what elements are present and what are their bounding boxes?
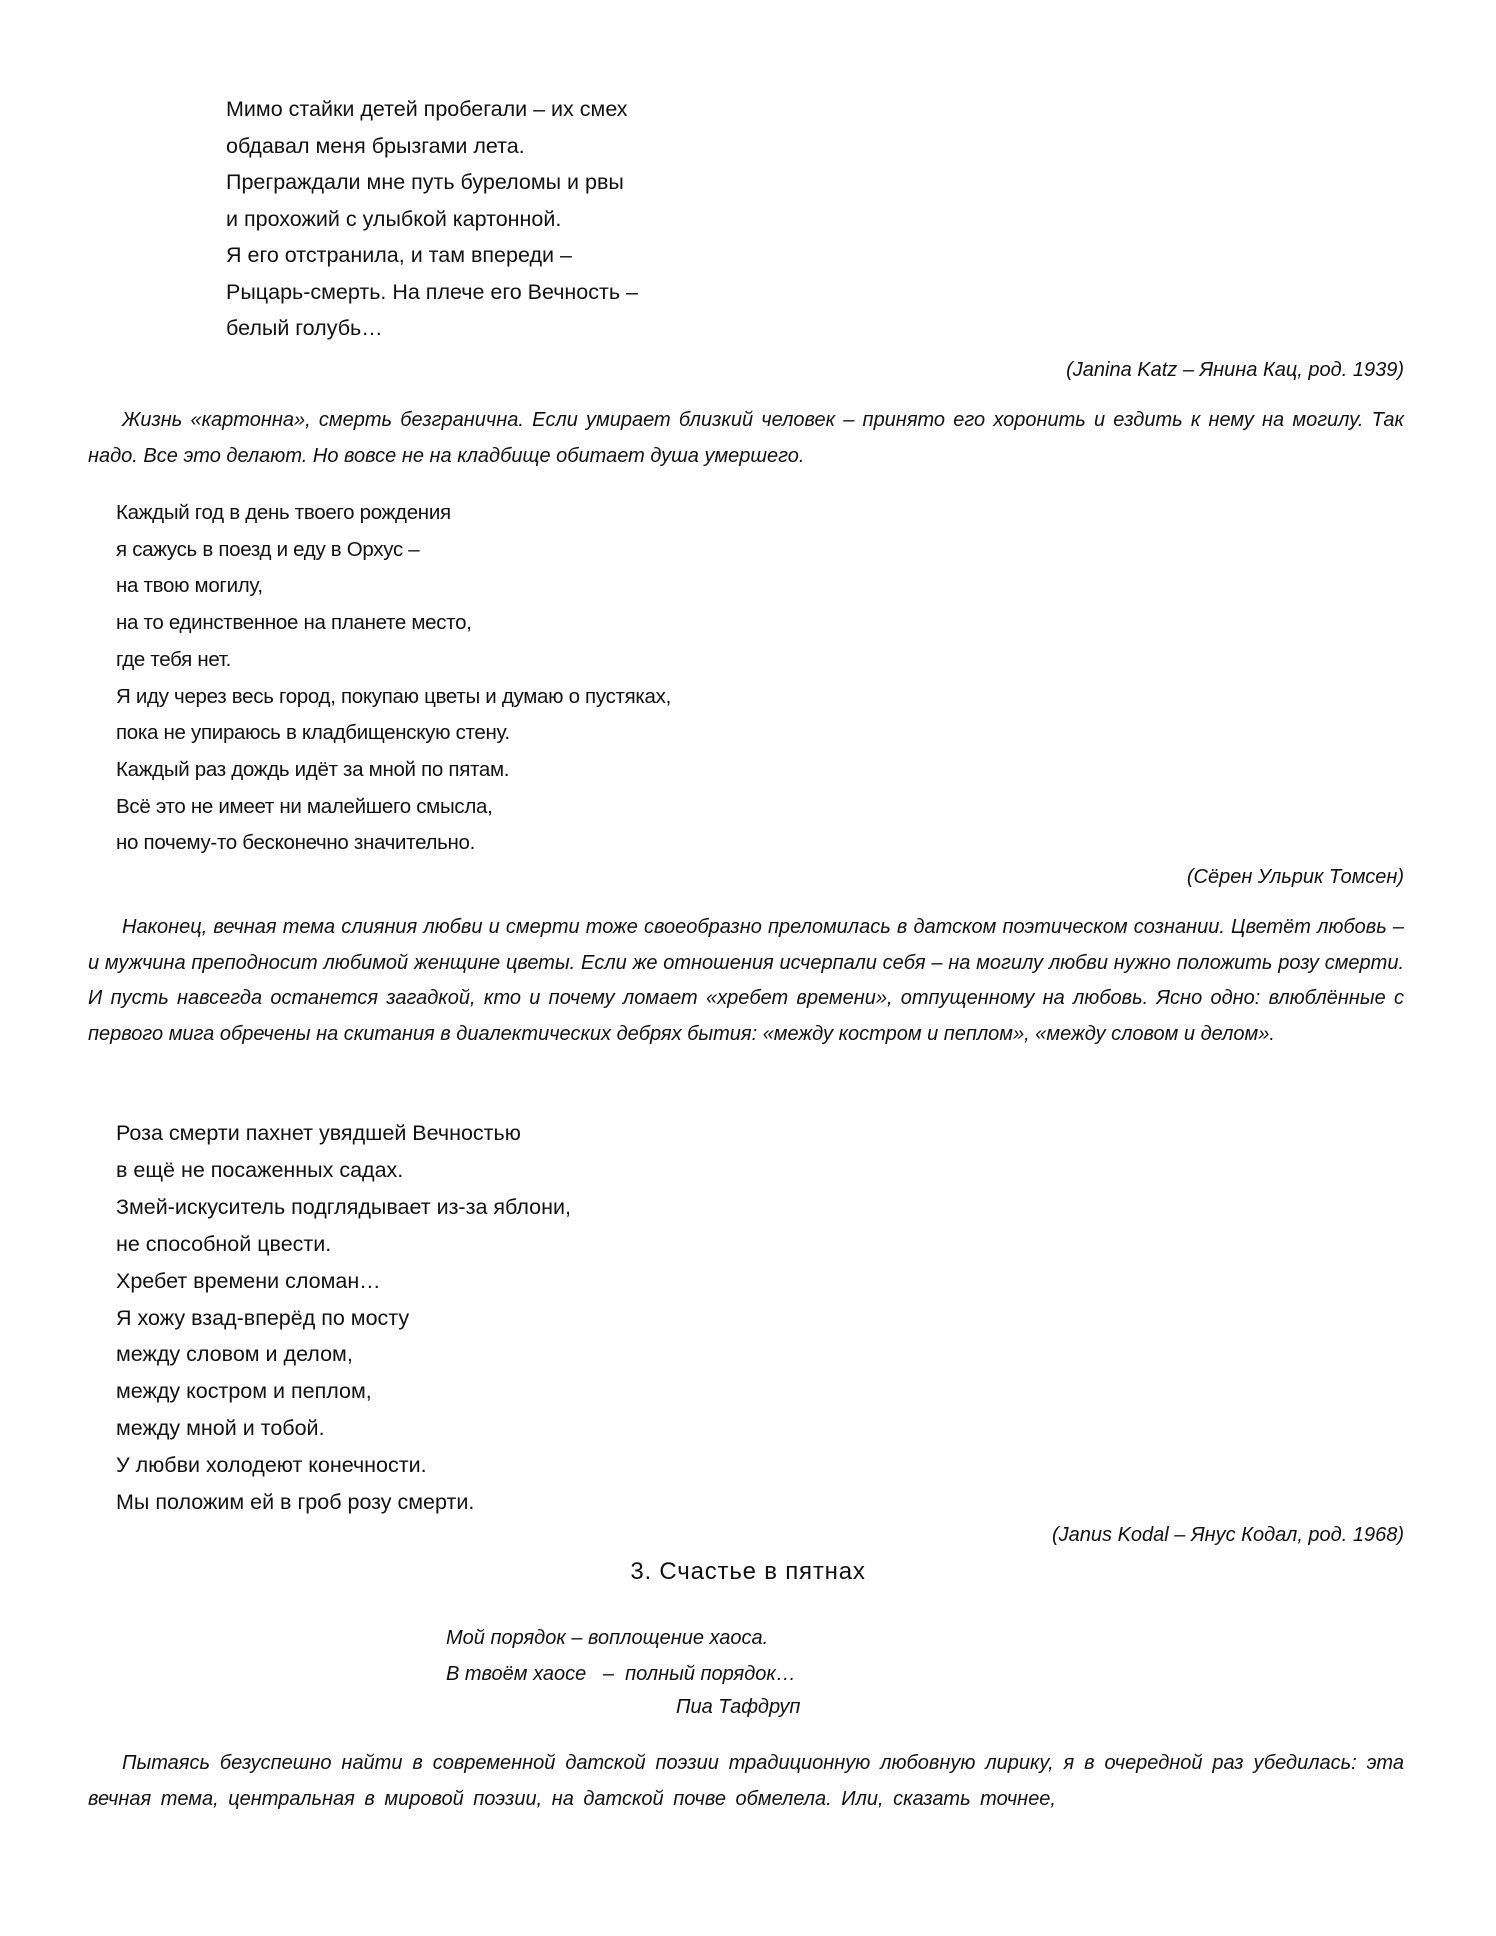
epigraph: Мой порядок – воплощение хаоса. В твоём … xyxy=(446,1620,796,1692)
poem-kodal: Роза смерти пахнет увядшей Вечностью в е… xyxy=(116,1115,571,1521)
poem-line: Роза смерти пахнет увядшей Вечностью xyxy=(116,1115,571,1152)
poem-line: Я его отстранила, и там впереди – xyxy=(226,237,638,274)
poem-line: Змей-искуситель подглядывает из-за яблон… xyxy=(116,1189,571,1226)
poem-line: У любви холодеют конечности. xyxy=(116,1447,571,1484)
poem-line: где тебя нет. xyxy=(116,642,671,679)
poem-attribution: (Сёрен Ульрик Томсен) xyxy=(1187,866,1404,889)
section-heading: 3. Счастье в пятнах xyxy=(0,1558,1496,1586)
poem-line: не способной цвести. xyxy=(116,1226,571,1263)
poem-line: белый голубь… xyxy=(226,310,638,347)
poem-line: между словом и делом, xyxy=(116,1336,571,1373)
poem-line: на то единственное на планете место, xyxy=(116,605,671,642)
poem-line: пока не упираюсь в кладбищенскую стену. xyxy=(116,715,671,752)
poem-line: Хребет времени сломан… xyxy=(116,1263,571,1300)
poem-line: Преграждали мне путь буреломы и рвы xyxy=(226,164,638,201)
poem-line: но почему-то бесконечно значительно. xyxy=(116,825,671,862)
poem-line: я сажусь в поезд и еду в Орхус – xyxy=(116,532,671,569)
poem-thomsen: Каждый год в день твоего рождения я сажу… xyxy=(116,495,671,862)
prose-paragraph: Жизнь «картонна», смерть безгранична. Ес… xyxy=(88,403,1404,474)
prose-paragraph: Пытаясь безуспешно найти в современной д… xyxy=(88,1746,1404,1817)
poem-line: Всё это не имеет ни малейшего смысла, xyxy=(116,789,671,826)
poem-line: на твою могилу, xyxy=(116,568,671,605)
poem-line: Мы положим ей в гроб розу смерти. xyxy=(116,1484,571,1521)
poem-line: Рыцарь-смерть. На плече его Вечность – xyxy=(226,274,638,311)
epigraph-line: В твоём хаосе – полный порядок… xyxy=(446,1656,796,1692)
prose-paragraph: Наконец, вечная тема слияния любви и сме… xyxy=(88,910,1404,1052)
poem-line: в ещё не посаженных садах. xyxy=(116,1152,571,1189)
epigraph-line: Мой порядок – воплощение хаоса. xyxy=(446,1620,796,1656)
poem-line: и прохожий с улыбкой картонной. xyxy=(226,201,638,238)
poem-attribution: (Janina Katz – Янина Кац, род. 1939) xyxy=(1066,359,1404,382)
poem-line: Каждый раз дождь идёт за мной по пятам. xyxy=(116,752,671,789)
poem-line: Мимо стайки детей пробегали – их смех xyxy=(226,91,638,128)
poem-line: Я иду через весь город, покупаю цветы и … xyxy=(116,679,671,716)
poem-line: Я хожу взад-вперёд по мосту xyxy=(116,1300,571,1337)
poem-line: обдавал меня брызгами лета. xyxy=(226,128,638,165)
poem-attribution: (Janus Kodal – Янус Кодал, род. 1968) xyxy=(1052,1524,1404,1547)
poem-line: между костром и пеплом, xyxy=(116,1373,571,1410)
poem-line: Каждый год в день твоего рождения xyxy=(116,495,671,532)
epigraph-author: Пиа Тафдруп xyxy=(676,1696,800,1719)
poem-line: между мной и тобой. xyxy=(116,1410,571,1447)
section-heading-text: 3. Счастье в пятнах xyxy=(630,1558,865,1585)
poem-katz: Мимо стайки детей пробегали – их смех об… xyxy=(226,91,638,347)
